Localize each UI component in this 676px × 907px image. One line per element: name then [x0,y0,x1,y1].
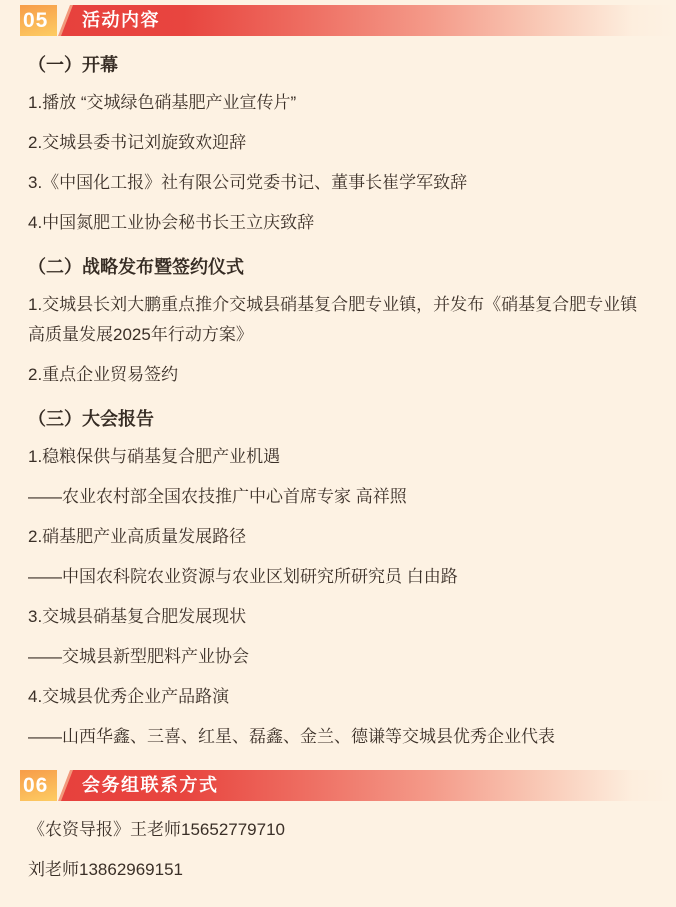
agenda-line: ——交城县新型肥料产业协会 [28,642,646,672]
agenda-line: ——中国农科院农业资源与农业区划研究所研究员 白由路 [28,562,646,592]
section-title: 活动内容 [61,5,160,36]
agenda-line: 3.《中国化工报》社有限公司党委书记、董事长崔学军致辞 [28,168,646,198]
section-number-badge: 05 [20,5,57,36]
section-title: 会务组联系方式 [61,770,219,801]
agenda-line: 2.交城县委书记刘旋致欢迎辞 [28,128,646,158]
agenda-line: 1.稳粮保供与硝基复合肥产业机遇 [28,442,646,472]
section-heading: （三）大会报告 [28,404,646,434]
agenda-line: 3.交城县硝基复合肥发展现状 [28,602,646,632]
section-heading: （一）开幕 [28,50,646,80]
section-number-badge: 06 [20,770,57,801]
agenda-line: 刘老师13862969151 [28,855,646,885]
banner-bar: 会务组联系方式 [61,770,676,801]
section-banner-05: 05 活动内容 [0,5,676,36]
agenda-line: 2.硝基肥产业高质量发展路径 [28,522,646,552]
agenda-line: 4.交城县优秀企业产品路演 [28,682,646,712]
agenda-line: 1.交城县长刘大鹏重点推介交城县硝基复合肥专业镇，并发布《硝基复合肥专业镇高质量… [28,290,646,350]
banner-bar: 活动内容 [61,5,676,36]
agenda-line: 4.中国氮肥工业协会秘书长王立庆致辞 [28,208,646,238]
section-content-contacts: 《农资导报》王老师15652779710刘老师13862969151 [0,809,676,885]
section-content-activities: （一）开幕1.播放 “交城绿色硝基肥产业宣传片”2.交城县委书记刘旋致欢迎辞3.… [0,50,676,752]
section-banner-06: 06 会务组联系方式 [0,770,676,801]
article-page: 05 活动内容 （一）开幕1.播放 “交城绿色硝基肥产业宣传片”2.交城县委书记… [0,5,676,907]
agenda-line: 2.重点企业贸易签约 [28,360,646,390]
agenda-line: ——农业农村部全国农技推广中心首席专家 高祥照 [28,482,646,512]
agenda-line: ——山西华鑫、三喜、红星、磊鑫、金兰、德谦等交城县优秀企业代表 [28,722,646,752]
agenda-line: 1.播放 “交城绿色硝基肥产业宣传片” [28,88,646,118]
section-heading: （二）战略发布暨签约仪式 [28,252,646,282]
agenda-line: 《农资导报》王老师15652779710 [28,815,646,845]
